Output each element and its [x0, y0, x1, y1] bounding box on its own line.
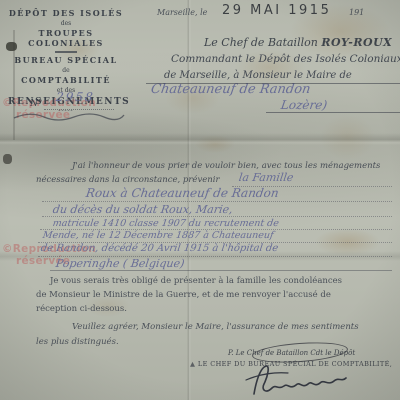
recipient-department-handwritten: Lozère): [280, 98, 328, 112]
numero-label: N°: [30, 99, 42, 109]
salutation-line: Veuillez agréer, Monsieur le Maire, l'as…: [72, 322, 359, 332]
blank-line: [42, 201, 392, 202]
body-intro-line1: J'ai l'honneur de vous prier de vouloir …: [72, 161, 380, 171]
recipient-commune-handwritten: Chateauneuf de Randon: [150, 82, 311, 97]
handwritten-line: Poperinghe ( Belgique): [55, 257, 185, 270]
sender-title-line: Le Chef de Bataillon ROY-ROUX: [204, 36, 392, 49]
dateline-place: Marseille, le: [157, 8, 207, 17]
dateline-year-prefix: 191: [349, 8, 364, 17]
handwritten-line: Roux à Chateauneuf de Randon: [85, 186, 280, 200]
letterhead-divider: [55, 51, 77, 53]
document-photo: ©Reproduction réservée ©Reproduction rés…: [0, 0, 400, 400]
letterhead-comptabilite: COMPTABILITÉ: [8, 75, 124, 85]
letterhead-des: des: [8, 20, 124, 27]
recipient-line: de Marseille, à Monsieur le Maire de: [164, 70, 352, 81]
letterhead-de: de: [8, 67, 124, 74]
horizontal-fold-crease: [0, 133, 400, 145]
blank-line: [50, 270, 392, 271]
blank-line: [266, 112, 400, 113]
sender-title: Le Chef de Bataillon: [204, 36, 321, 49]
letterhead-depot: DÉPÔT DES ISOLÉS: [8, 8, 124, 18]
ornament-mark: ▲: [190, 360, 195, 368]
closing-paragraph-line: de Monsieur le Ministre de la Guerre, et…: [36, 290, 331, 300]
numero-value-handwritten: 2958: [55, 90, 96, 104]
letterhead-troupes: TROUPES COLONIALES: [8, 28, 124, 48]
sender-name: ROY-ROUX: [321, 36, 392, 49]
closing-paragraph-line: Je vous serais très obligé de présenter …: [50, 276, 342, 286]
handwritten-family: la Famille: [238, 171, 294, 184]
blank-line: [146, 83, 400, 84]
handwritten-line: Mende, né le 12 Décembre 1887 à Chateaun…: [42, 230, 274, 241]
blank-line: [42, 216, 392, 217]
ink-blot: [3, 154, 12, 164]
sender-role-line: Commandant le Dépôt des Isolés Coloniaux: [171, 53, 400, 65]
handwritten-signature: [240, 364, 360, 400]
salutation-line: les plus distingués.: [36, 337, 119, 347]
handwritten-line: de Randon, décédé 20 Avril 1915 à l'hôpi…: [40, 243, 279, 254]
closing-paragraph-line: réception ci-dessous.: [36, 304, 127, 314]
handwritten-line: du décès du soldat Roux, Marie,: [52, 203, 234, 216]
handwritten-line: matricule 1410 classe 1907 du recrutemen…: [52, 218, 280, 229]
letterhead-bureau: BUREAU SPÉCIAL: [8, 55, 124, 65]
letterhead-flourish: [12, 110, 127, 124]
body-intro-line2: nécessaires dans la circonstance, préven…: [36, 175, 220, 185]
date-stamp: 29 MAI 1915: [222, 3, 331, 18]
